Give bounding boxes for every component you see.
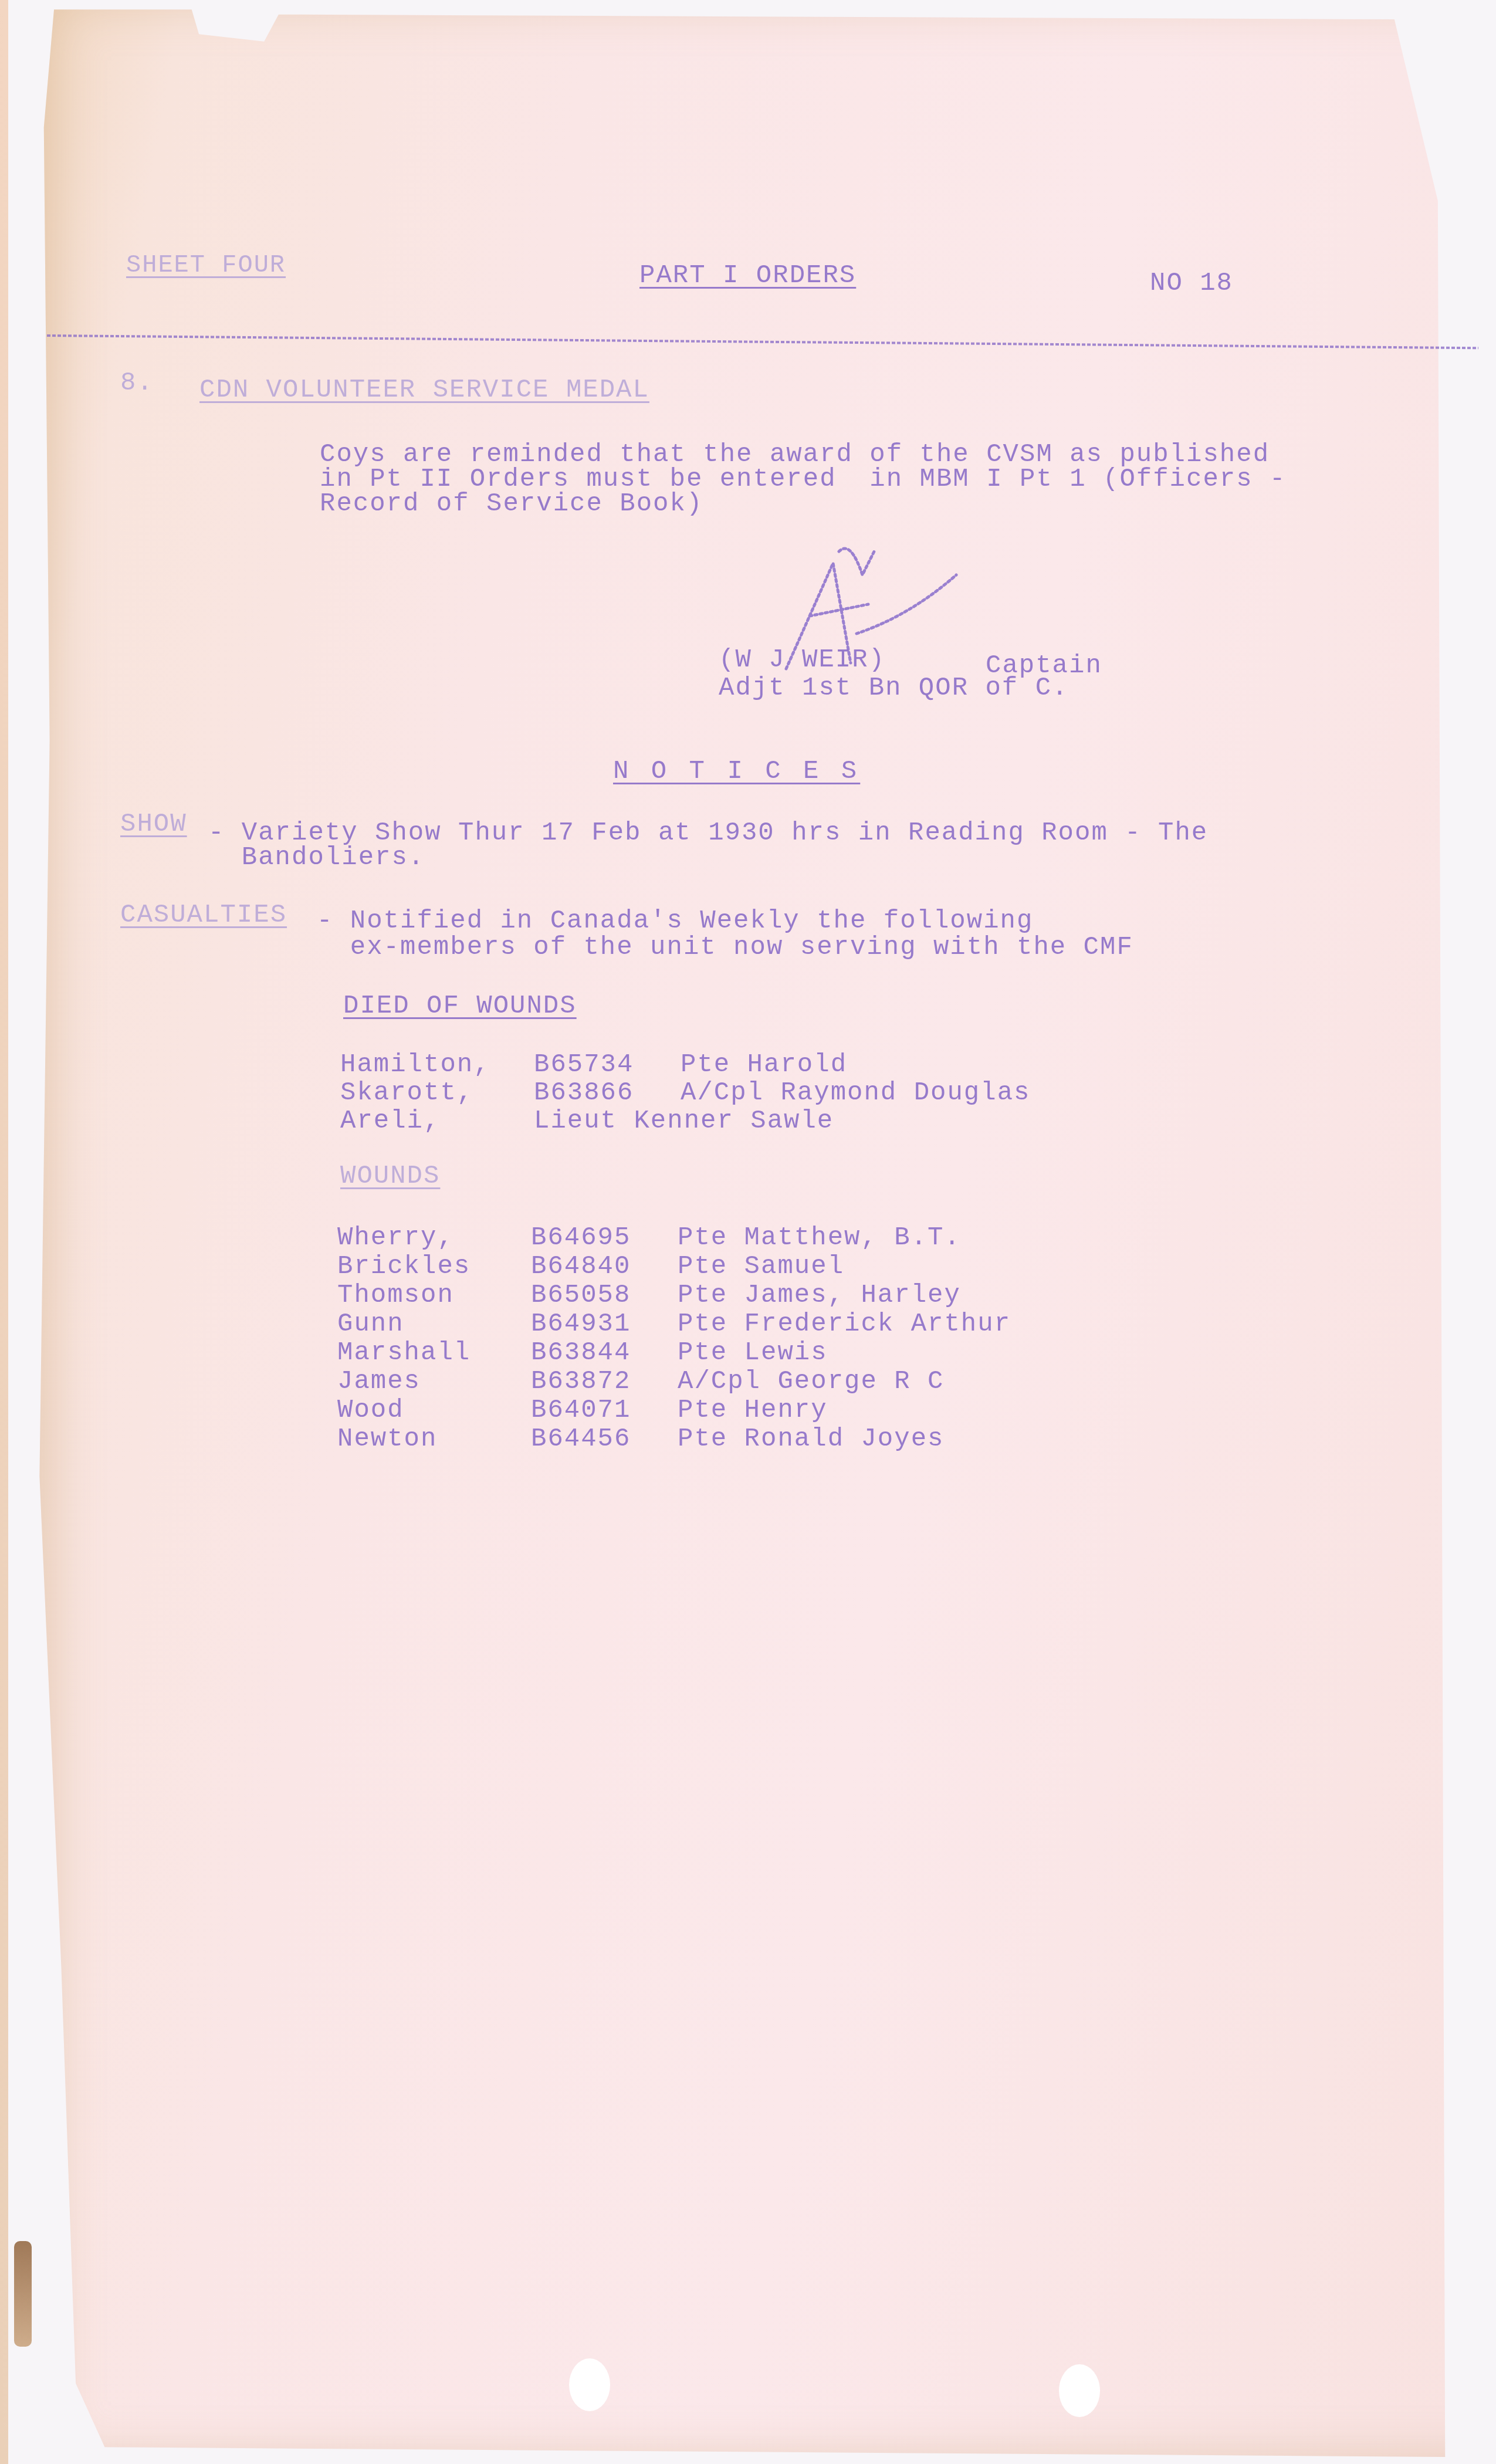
signatory-name: (W J WEIR) xyxy=(719,645,885,675)
casualty-service-number: B64931 xyxy=(531,1309,678,1339)
casualty-surname: Wherry, xyxy=(337,1223,531,1253)
casualty-surname: Newton xyxy=(337,1424,531,1454)
casualty-row: Brickles B64840 Pte Samuel xyxy=(337,1252,844,1281)
adjacent-page-edge xyxy=(0,0,8,2464)
casualty-service-number: B65734 xyxy=(534,1050,681,1079)
casualty-detail: Pte James, Harley xyxy=(678,1281,961,1310)
casualty-surname: Areli, xyxy=(340,1106,534,1136)
punch-hole-left xyxy=(569,2358,610,2411)
casualty-surname: Marshall xyxy=(337,1338,531,1368)
casualty-row: Wherry, B64695 Pte Matthew, B.T. xyxy=(337,1223,961,1253)
casualty-surname: Gunn xyxy=(337,1309,531,1339)
casualties-line-2: ex-members of the unit now serving with … xyxy=(317,933,1133,962)
casualty-row: Wood B64071 Pte Henry xyxy=(337,1396,828,1425)
casualty-surname: Brickles xyxy=(337,1252,531,1281)
wounds-heading: WOUNDS xyxy=(340,1162,440,1191)
section-number: 8. xyxy=(120,368,154,398)
casualty-detail: Pte Samuel xyxy=(678,1252,844,1281)
casualty-service-number: B64071 xyxy=(531,1396,678,1425)
casualty-surname: Skarott, xyxy=(340,1078,534,1108)
casualty-service-number: B64695 xyxy=(531,1223,678,1253)
casualty-service-number: B64456 xyxy=(531,1424,678,1454)
section-heading: CDN VOLUNTEER SERVICE MEDAL xyxy=(199,375,649,405)
casualty-detail: Lieut Kenner Sawle xyxy=(534,1106,834,1136)
casualty-surname: Hamilton, xyxy=(340,1050,534,1079)
casualty-detail: A/Cpl George R C xyxy=(678,1367,944,1396)
casualty-service-number: B63866 xyxy=(534,1078,681,1108)
casualty-surname: Wood xyxy=(337,1396,531,1425)
casualty-detail: Pte Harold xyxy=(681,1050,847,1079)
signatory-appointment: Adjt 1st Bn QOR of C. xyxy=(719,673,1069,703)
casualty-surname: Thomson xyxy=(337,1281,531,1310)
casualty-detail: Pte Ronald Joyes xyxy=(678,1424,944,1454)
casualty-service-number: B65058 xyxy=(531,1281,678,1310)
casualties-label: CASUALTIES xyxy=(120,901,287,930)
casualty-row: Skarott, B63866 A/Cpl Raymond Douglas xyxy=(340,1078,1031,1108)
casualty-row: Marshall B63844 Pte Lewis xyxy=(337,1338,828,1368)
casualties-line-1: - Notified in Canada's Weekly the follow… xyxy=(317,906,1033,936)
casualty-row: James B63872 A/Cpl George R C xyxy=(337,1367,944,1396)
show-label: SHOW xyxy=(120,810,187,839)
casualty-row: Gunn B64931 Pte Frederick Arthur xyxy=(337,1309,1011,1339)
casualty-service-number: B63872 xyxy=(531,1367,678,1396)
punch-hole-right xyxy=(1059,2364,1100,2417)
casualty-detail: Pte Frederick Arthur xyxy=(678,1309,1011,1339)
order-number: NO 18 xyxy=(1150,269,1233,298)
sheet-label: SHEET FOUR xyxy=(126,251,286,279)
notices-heading: N O T I C E S xyxy=(613,757,860,786)
casualty-row: Areli, Lieut Kenner Sawle xyxy=(340,1106,834,1136)
section-body-line-3: Record of Service Book) xyxy=(320,489,703,519)
casualty-row: Hamilton, B65734 Pte Harold xyxy=(340,1050,847,1079)
casualty-detail: A/Cpl Raymond Douglas xyxy=(681,1078,1031,1108)
casualty-service-number: B64840 xyxy=(531,1252,678,1281)
casualty-row: Thomson B65058 Pte James, Harley xyxy=(337,1281,961,1310)
casualty-detail: Pte Lewis xyxy=(678,1338,828,1368)
died-of-wounds-heading: DIED OF WOUNDS xyxy=(343,991,577,1021)
casualty-detail: Pte Henry xyxy=(678,1396,828,1425)
show-line-2: Bandoliers. xyxy=(208,843,425,872)
edge-stain xyxy=(14,2241,32,2347)
casualty-detail: Pte Matthew, B.T. xyxy=(678,1223,961,1253)
document-title: PART I ORDERS xyxy=(639,261,856,290)
casualty-surname: James xyxy=(337,1367,531,1396)
casualty-service-number: B63844 xyxy=(531,1338,678,1368)
casualty-row: Newton B64456 Pte Ronald Joyes xyxy=(337,1424,944,1454)
